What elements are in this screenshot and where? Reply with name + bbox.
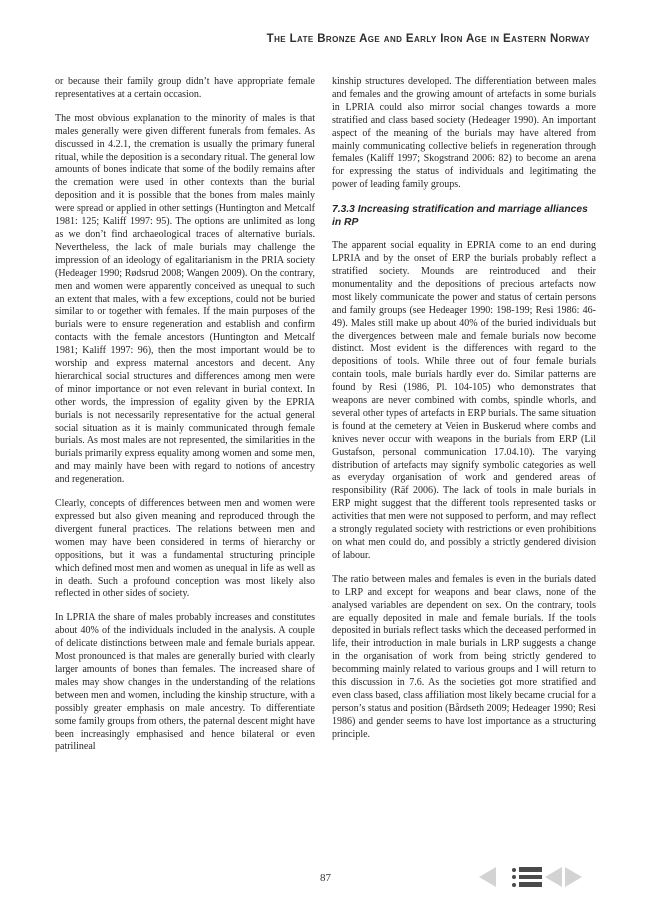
back-icon[interactable]	[479, 867, 496, 887]
section-heading: 7.3.3 Increasing stratification and marr…	[332, 203, 596, 229]
left-column: or because their family group didn’t hav…	[55, 76, 315, 765]
previous-page-icon[interactable]	[545, 867, 562, 887]
next-page-icon[interactable]	[565, 867, 582, 887]
paragraph: In LPRIA the share of males probably inc…	[55, 612, 315, 754]
text-columns: or because their family group didn’t hav…	[55, 76, 596, 765]
table-of-contents-icon[interactable]	[512, 867, 542, 887]
book-page: The Late Bronze Age and Early Iron Age i…	[0, 0, 650, 920]
reader-nav-bar	[479, 866, 582, 888]
paragraph: The ratio between males and females is e…	[332, 574, 596, 742]
paragraph: The apparent social equality in EPRIA co…	[332, 240, 596, 563]
paragraph: The most obvious explanation to the mino…	[55, 113, 315, 487]
running-head-title: The Late Bronze Age and Early Iron Age i…	[40, 33, 590, 45]
paragraph: kinship structures developed. The differ…	[332, 76, 596, 192]
right-column: kinship structures developed. The differ…	[332, 76, 596, 765]
paragraph: or because their family group didn’t hav…	[55, 76, 315, 102]
paragraph: Clearly, concepts of differences between…	[55, 498, 315, 601]
